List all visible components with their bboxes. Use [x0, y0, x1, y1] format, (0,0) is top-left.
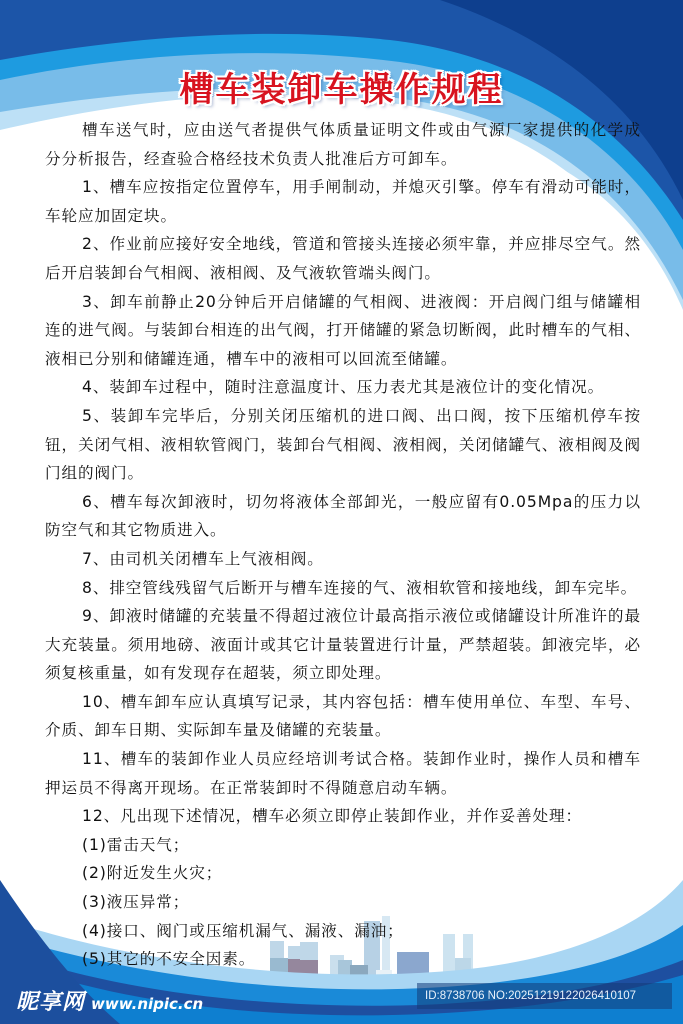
page-title: 槽车装卸车操作规程 — [0, 62, 683, 111]
condition-item: (5)其它的不安全因素。 — [45, 945, 641, 974]
rule-11: 11、槽车的装卸作业人员应经培训考试合格。装卸作业时，操作人员和槽车押运员不得离… — [45, 745, 641, 802]
rule-7: 7、由司机关闭槽车上气液相阀。 — [45, 545, 641, 574]
regulation-body: 槽车送气时，应由送气者提供气体质量证明文件或由气源厂家提供的化学成分分析报告，经… — [45, 116, 641, 974]
rule-4: 4、装卸车过程中，随时注意温度计、压力表尤其是液位计的变化情况。 — [45, 373, 641, 402]
rule-8: 8、排空管线残留气后断开与槽车连接的气、液相软管和接地线，卸车完毕。 — [45, 574, 641, 603]
rule-9: 9、卸液时储罐的充装量不得超过液位计最高指示液位或储罐设计所准许的最大充装量。须… — [45, 602, 641, 688]
condition-item: (3)液压异常； — [45, 888, 641, 917]
rule-2: 2、作业前应接好安全地线，管道和管接头连接必须牢靠，并应排尽空气。然后开启装卸台… — [45, 230, 641, 287]
watermark-logo: 昵享网www.nipic.cn — [16, 985, 203, 1016]
rule-6: 6、槽车每次卸液时，切勿将液体全部卸光，一般应留有0.05Mpa的压力以防空气和… — [45, 488, 641, 545]
rule-12: 12、凡出现下述情况，槽车必须立即停止装卸作业，并作妥善处理： — [45, 802, 641, 831]
intro-paragraph: 槽车送气时，应由送气者提供气体质量证明文件或由气源厂家提供的化学成分分析报告，经… — [45, 116, 641, 173]
rule-1: 1、槽车应按指定位置停车，用手闸制动，并熄灭引擎。停车有滑动可能时，车轮应加固定… — [45, 173, 641, 230]
condition-item: (1)雷击天气； — [45, 831, 641, 860]
condition-item: (2)附近发生火灾； — [45, 859, 641, 888]
condition-item: (4)接口、阀门或压缩机漏气、漏液、漏油； — [45, 917, 641, 946]
rule-3: 3、卸车前静止20分钟后开启储罐的气相阀、进液阀：开启阀门组与储罐相连的进气阀。… — [45, 288, 641, 374]
rule-5: 5、装卸车完毕后，分别关闭压缩机的进口阀、出口阀，按下压缩机停车按钮，关闭气相、… — [45, 402, 641, 488]
rule-10: 10、槽车卸车应认真填写记录，其内容包括：槽车使用单位、车型、车号、介质、卸车日… — [45, 688, 641, 745]
watermark-brand: 昵享网 — [16, 990, 85, 1015]
safety-poster: 槽车装卸车操作规程 槽车送气时，应由送气者提供气体质量证明文件或由气源厂家提供的… — [0, 0, 683, 1024]
watermark-id: ID:8738706 NO:20251219122026410107 — [417, 983, 672, 1009]
watermark-url: www.nipic.cn — [91, 995, 203, 1013]
